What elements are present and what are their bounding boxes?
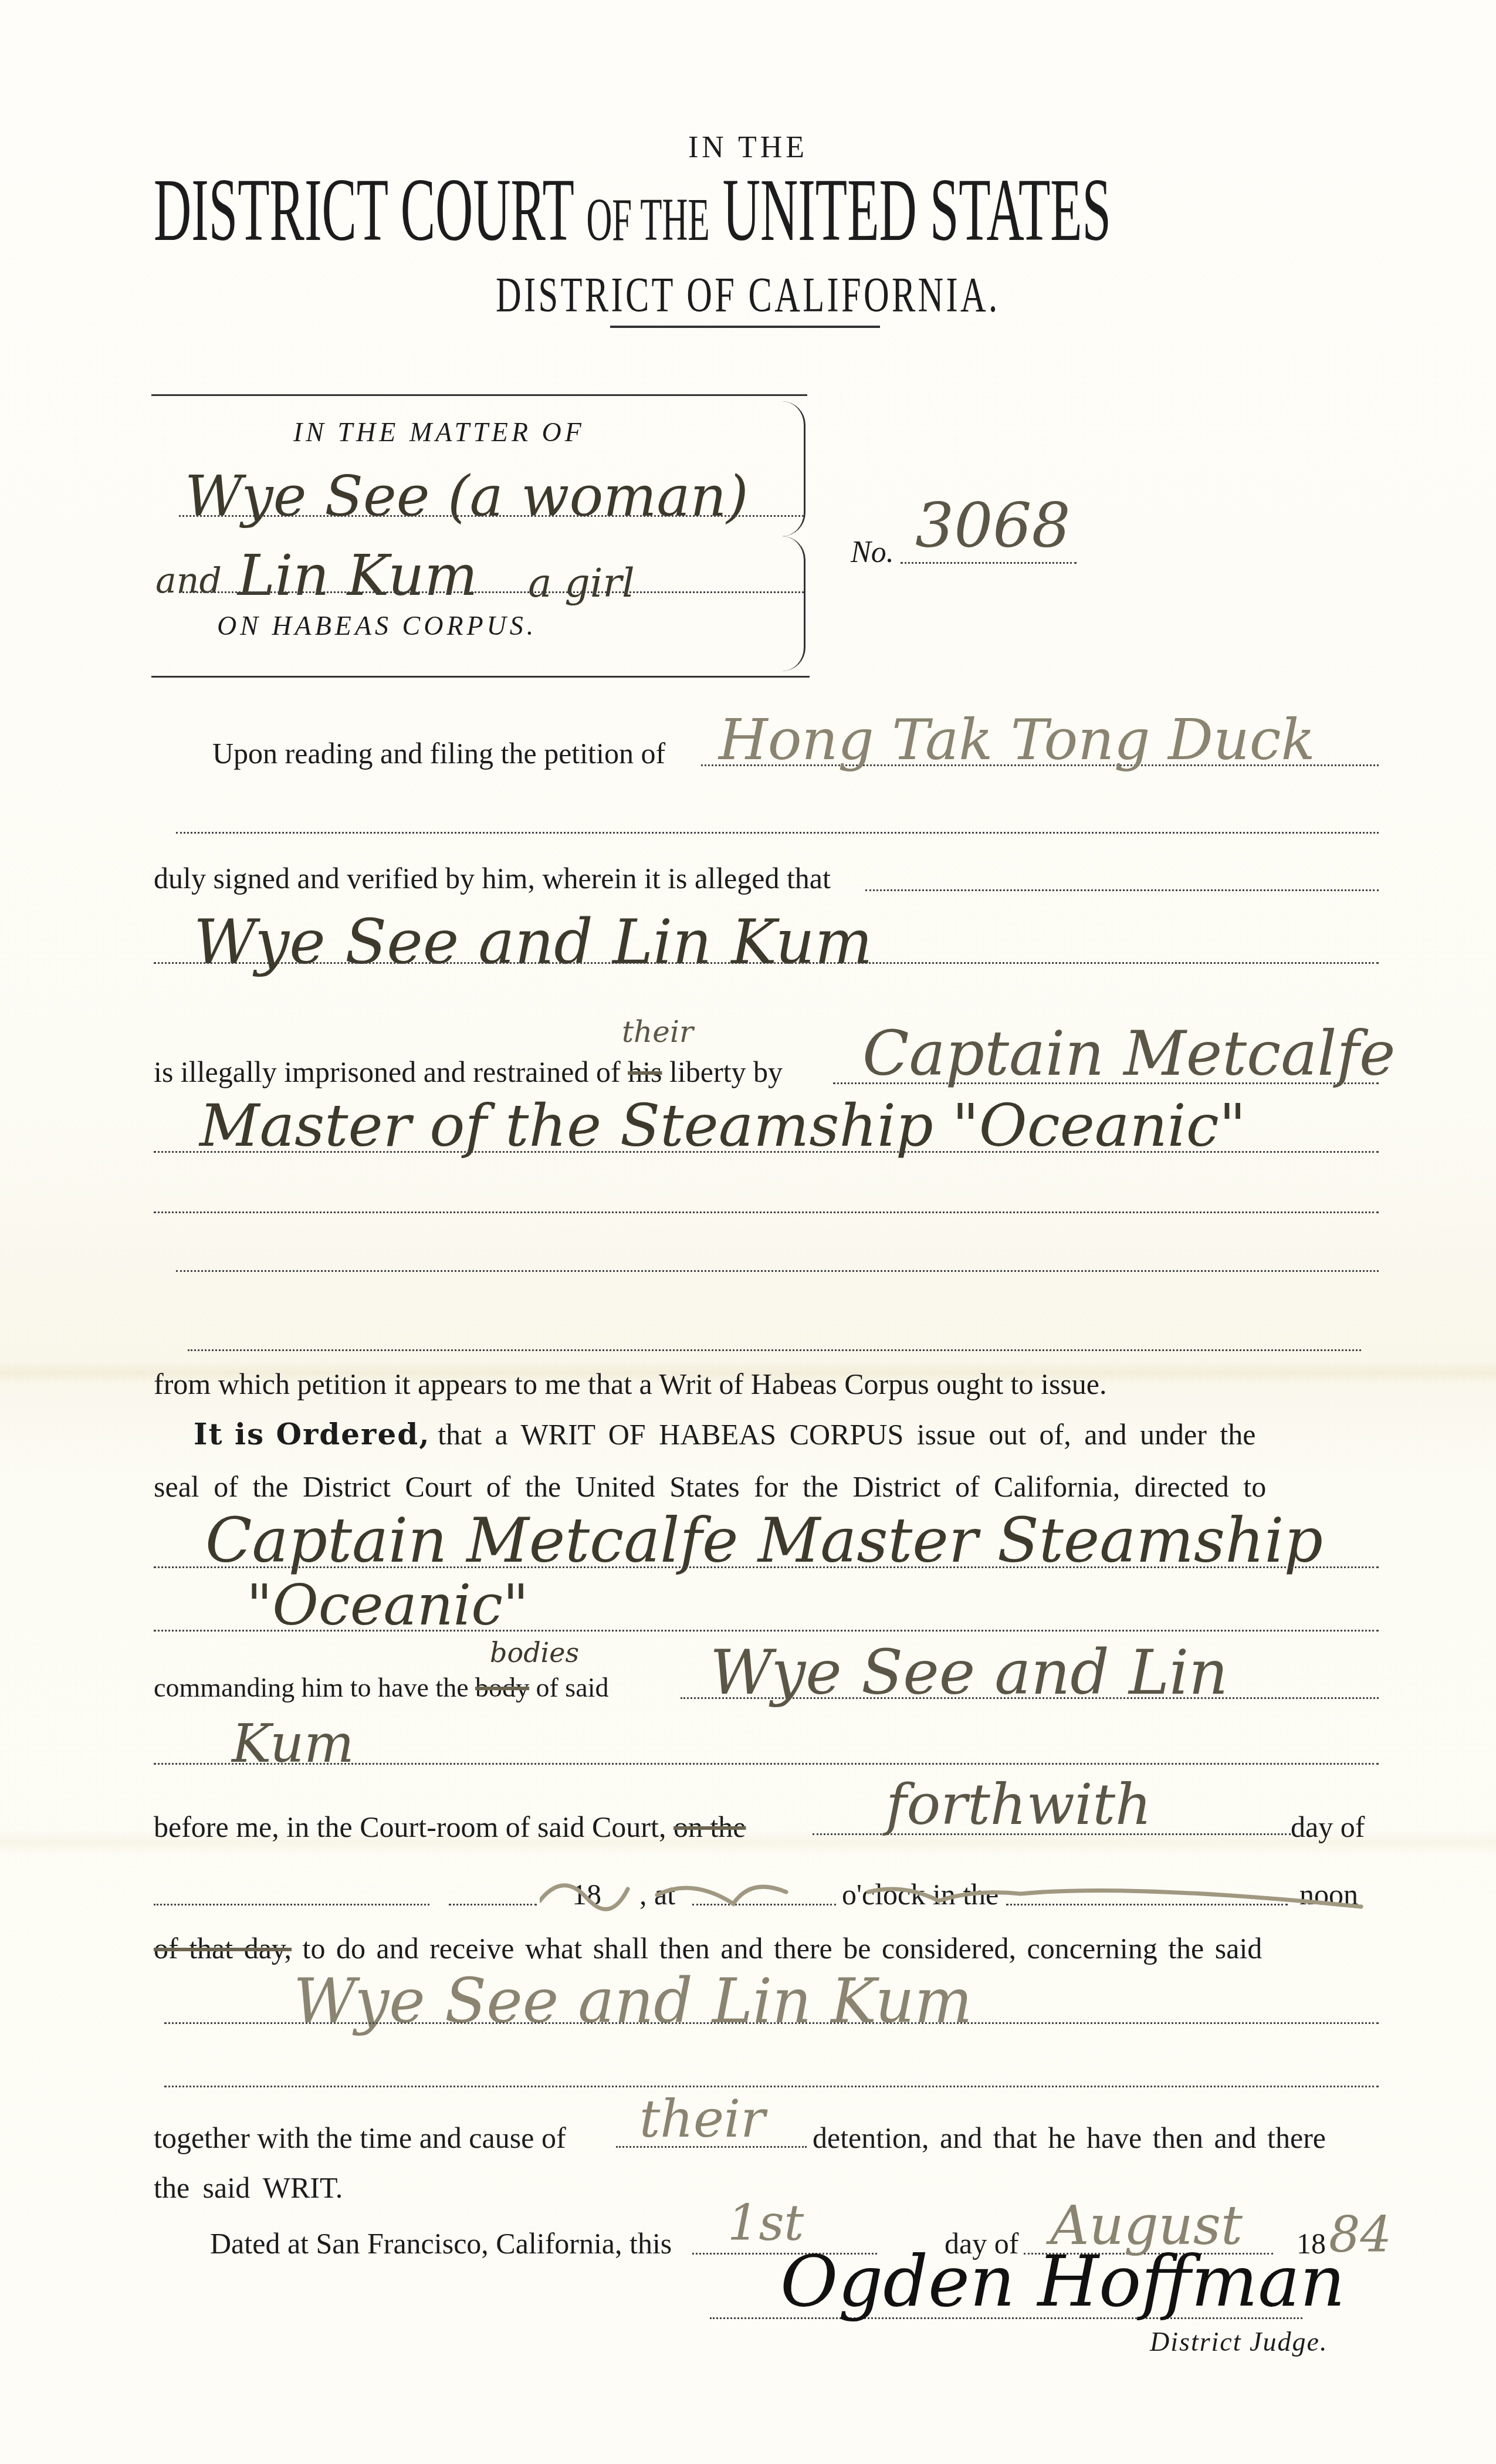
party1-text: Wye See (a woman) (185, 463, 749, 529)
it-is-ordered: It is Ordered, (194, 1417, 431, 1451)
restrainer-line-2 (154, 1151, 1379, 1153)
signed-label: duly signed and verified by him, wherein… (154, 861, 831, 895)
commanding-label: commanding him to have the body of said (154, 1672, 608, 1703)
struck-his: his (628, 1055, 662, 1088)
caption-conjunction: and (155, 560, 222, 601)
before-me-a: before me, in the Court-room of said Cou… (154, 1810, 666, 1843)
directed-to-line1: Captain Metcalfe Master Steamship (205, 1505, 1323, 1576)
of-that-day-line: of that day, to do and receive what shal… (154, 1931, 1262, 1965)
signed-line (865, 889, 1379, 891)
insert-their-detention: their (639, 2089, 765, 2149)
bodies-line-2 (154, 1763, 1379, 1765)
case-number-label: No. (851, 535, 894, 570)
month-line (154, 1904, 429, 1905)
judge-title: District Judge. (1150, 2326, 1328, 2357)
struck-on-the: on the (673, 1810, 746, 1843)
directed-to-line2: "Oceanic" (246, 1572, 529, 1638)
petitioner-name: Hong Tak Tong Duck (719, 707, 1315, 773)
insert-bodies: bodies (490, 1637, 579, 1668)
alleged-line (154, 962, 1379, 964)
bodies-line1: Wye See and Lin (710, 1637, 1228, 1708)
before-me-date: forthwith (886, 1772, 1152, 1837)
court-title-line: DISTRICT COURT OF THE UNITED STATES (154, 165, 1111, 265)
court-title-united-states: UNITED STATES (723, 161, 1111, 259)
court-title-of-the: OF THE (586, 186, 709, 253)
caption-bottom-rule (151, 676, 810, 678)
header-in-the: IN THE (0, 130, 1496, 165)
together-label-a: together with the time and cause of (154, 2121, 566, 2155)
together-label-b: detention, and that he have then and the… (813, 2121, 1326, 2155)
insert-their: their (622, 1015, 693, 1049)
before-me-day-of: day of (1291, 1810, 1365, 1844)
restrainer-title: Master of the Steamship "Oceanic" (199, 1091, 1246, 1160)
caption-top-rule (151, 394, 807, 396)
blank-line (164, 2086, 1379, 2087)
judge-signature: Ogden Hoffman (780, 2241, 1345, 2323)
struck-body: body (475, 1673, 529, 1703)
district-line: DISTRICT OF CALIFORNIA. (0, 267, 1496, 324)
bodies-line2: Kum (232, 1713, 354, 1775)
petition-label: Upon reading and filing the petition of (212, 736, 665, 770)
year-line (449, 1904, 537, 1905)
district-of-california: DISTRICT OF CALIFORNIA. (496, 267, 1000, 324)
caption-brace-bottom (773, 536, 805, 671)
caption-party2-note: a girl (528, 560, 635, 607)
from-which-text: from which petition it appears to me tha… (154, 1367, 1107, 1401)
imprisoned-label-a: is illegally imprisoned and restrained o… (154, 1055, 621, 1088)
directed-line-2 (154, 1630, 1379, 1632)
header-rule (610, 326, 880, 328)
caption-line-2 (179, 591, 804, 593)
blank-line (188, 1349, 1361, 1351)
alleged-persons: Wye See and Lin Kum (194, 906, 872, 978)
commanding-a: commanding him to have the (154, 1673, 469, 1703)
imprisoned-label: is illegally imprisoned and restrained o… (154, 1055, 783, 1089)
caption-line-1 (179, 515, 804, 517)
case-number-value: 3068 (915, 490, 1071, 561)
before-me-label: before me, in the Court-room of said Cou… (154, 1810, 746, 1844)
time-strike-scribble (540, 1871, 1379, 1913)
directed-line-1 (154, 1566, 1379, 1568)
caption-party1: Wye See (a woman) (185, 463, 749, 529)
ordered-line: It is Ordered, that a WRIT OF HABEAS COR… (194, 1417, 1255, 1451)
dated-label: Dated at San Francisco, California, this (210, 2226, 672, 2260)
concerning-line (164, 2022, 1379, 2024)
court-title-district-court: DISTRICT COURT (154, 161, 573, 259)
caption-footer: ON HABEAS CORPUS. (217, 610, 537, 641)
restrainer-name: Captain Metcalfe (862, 1018, 1396, 1089)
case-number-line (901, 562, 1077, 564)
ordered-text: that a WRIT OF HABEAS CORPUS issue out o… (438, 1418, 1255, 1451)
concerning-persons: Wye See and Lin Kum (293, 1965, 972, 2037)
seal-text: seal of the District Court of the United… (154, 1470, 1266, 1504)
of-that-day-rest: to do and receive what shall then and th… (303, 1932, 1263, 1965)
blank-line (176, 832, 1379, 834)
blank-line (154, 1211, 1379, 1213)
caption-party2: Lin Kum (238, 543, 478, 608)
commanding-b: of said (536, 1673, 609, 1703)
blank-line (176, 1270, 1379, 1272)
struck-of-that-day: of that day, (154, 1932, 292, 1965)
imprisoned-label-b: liberty by (669, 1055, 783, 1088)
caption-title: IN THE MATTER OF (293, 417, 585, 448)
said-writ: the said WRIT. (154, 2171, 343, 2205)
